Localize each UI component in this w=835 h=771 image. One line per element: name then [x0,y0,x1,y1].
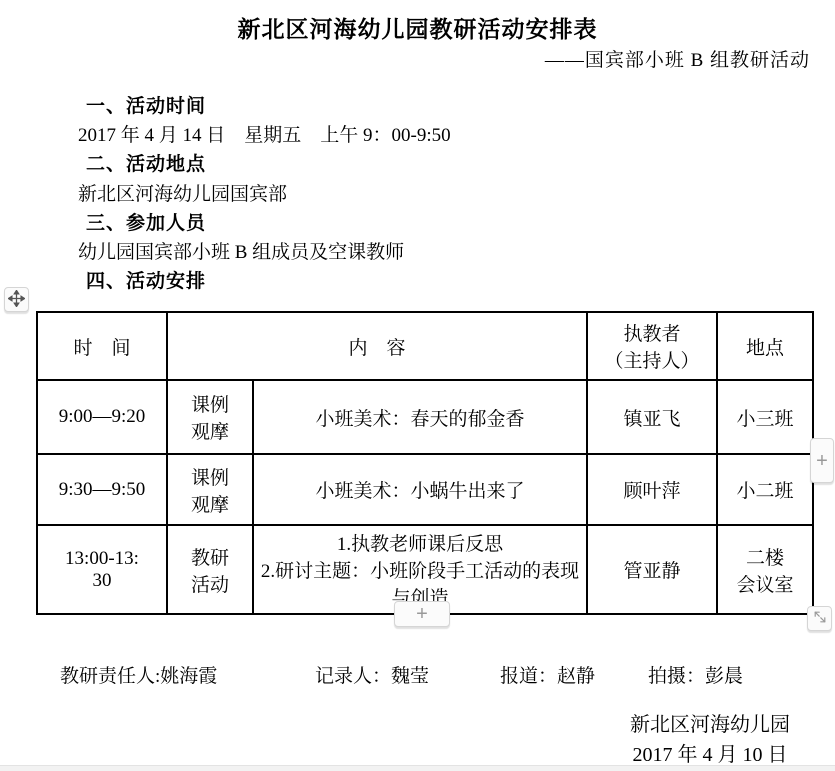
table-row: 9:00—9:20 课例 观摩 小班美术：春天的郁金香 镇亚飞 小三班 [37,380,813,454]
section-heading-participants: 三、参加人员 [78,209,451,238]
cell-time: 9:00—9:20 [37,380,167,454]
info-sections: 一、活动时间 2017 年 4 月 14 日 星期五 上午 9：00-9:50 … [78,92,451,296]
table-resize-handle[interactable] [807,606,832,631]
role-photographer: 拍摄：彭晨 [648,661,743,688]
cell-content: 小班美术：春天的郁金香 [253,380,587,454]
resize-icon [812,609,828,628]
table-row: 9:30—9:50 课例 观摩 小班美术：小蜗牛出来了 顾叶萍 小二班 [37,454,813,525]
section-heading-activity-time: 一、活动时间 [78,92,451,121]
plus-icon: + [816,451,828,471]
cell-teacher: 管亚静 [587,525,717,614]
cell-type: 课例 观摩 [167,454,253,525]
section-body-participants: 幼儿园国宾部小班 B 组成员及空课教师 [78,238,451,267]
horizontal-scrollbar[interactable] [0,765,835,771]
cell-content: 小班美术：小蜗牛出来了 [253,454,587,525]
cell-type: 课例 观摩 [167,380,253,454]
table-move-handle[interactable] [4,287,29,312]
table-header-row: 时 间 内 容 执教者 （主持人） 地点 [37,312,813,380]
cell-teacher: 顾叶萍 [587,454,717,525]
role-reporter: 报道：赵静 [500,661,595,688]
add-column-button[interactable]: + [810,438,834,483]
signature-block: 新北区河海幼儿园 2017 年 4 月 10 日 [630,710,790,770]
document-subtitle: ——国宾部小班 B 组教研活动 [545,45,810,72]
signature-org: 新北区河海幼儿园 [630,710,790,740]
section-heading-activity-place: 二、活动地点 [78,150,451,179]
role-recorder: 记录人：魏莹 [315,661,429,688]
document-page: 新北区河海幼儿园教研活动安排表 ——国宾部小班 B 组教研活动 一、活动时间 2… [0,0,835,771]
cell-location: 小二班 [717,454,813,525]
section-body-activity-time: 2017 年 4 月 14 日 星期五 上午 9：00-9:50 [78,121,451,150]
header-time: 时 间 [37,312,167,380]
header-content: 内 容 [167,312,587,380]
document-title: 新北区河海幼儿园教研活动安排表 [0,11,835,44]
cell-location: 二楼 会议室 [717,525,813,614]
plus-icon: + [416,604,428,624]
role-responsible: 教研责任人:姚海霞 [60,661,217,688]
schedule-table: 时 间 内 容 执教者 （主持人） 地点 9:00—9:20 课例 观摩 小班美… [36,311,814,615]
cell-teacher: 镇亚飞 [587,380,717,454]
section-heading-schedule: 四、活动安排 [78,267,451,296]
cell-type: 教研 活动 [167,525,253,614]
cell-time: 13:00-13: 30 [37,525,167,614]
section-body-activity-place: 新北区河海幼儿园国宾部 [78,180,451,209]
cell-location: 小三班 [717,380,813,454]
add-row-button[interactable]: + [394,601,450,627]
cell-time: 9:30—9:50 [37,454,167,525]
move-icon [8,290,25,310]
header-teacher: 执教者 （主持人） [587,312,717,380]
header-location: 地点 [717,312,813,380]
